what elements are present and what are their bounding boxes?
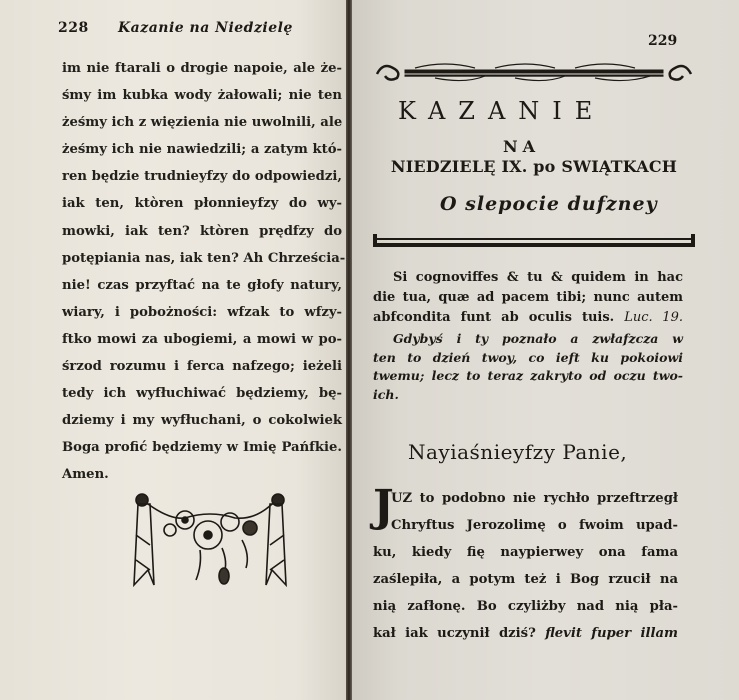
translation-line: Gdybyś i ty poznało a zwłafzcza w: [373, 330, 683, 349]
salutation: Nayiaśnieyfzy Panie,: [408, 440, 627, 464]
text-line: dziemy i my wyfłuchani, o cokolwiek: [62, 407, 342, 434]
body-line: nią zafłonę. Bo czyliżby nad nią pła-: [373, 593, 678, 620]
sermon-subtitle: NIEDZIELĘ IX. po SWIĄTKACH: [373, 157, 695, 176]
text-line: im nie ftarali o drogie napoie, ale że-: [62, 55, 342, 82]
text-line: mowki, iak ten? ktòren prędfzy do: [62, 218, 342, 245]
sermon-body: J UZ to podobno nie rychło przeftrzegł C…: [373, 485, 678, 647]
running-head-title: Kazanie na Niedzielę: [118, 20, 293, 36]
left-page-text: im nie ftarali o drogie napoie, ale że- …: [62, 55, 342, 489]
sermon-topic: O slepocie dufzney: [440, 193, 658, 215]
text-line: żeśmy ich z więzienia nie uwolnili, ale: [62, 109, 342, 136]
body-line: kał iak uczynił dziś?: [373, 626, 536, 641]
text-line: iak ten, ktòren płonnieyfzy do wy-: [62, 190, 342, 217]
open-book-spread: 228 Kazanie na Niedzielę im nie ftarali …: [0, 0, 739, 700]
body-line: Chryftus Jerozolimę o fwoim upad-: [373, 512, 678, 539]
epigraph-line: Si cognoviffes & tu & quidem in hac: [373, 268, 683, 288]
translation-line: ten to dzień twoy, co ieft ku pokoiowi: [373, 349, 683, 368]
sermon-title-na: NA: [503, 137, 540, 156]
text-line: ren będzie trudnieyfzy do odpowiedzi,: [62, 163, 342, 190]
page-number-left: 228: [58, 20, 89, 36]
text-line: śrzod rozumu i ferca nafzego; ieżeli: [62, 353, 342, 380]
body-line: zaślepiła, a potym też i Bog rzucił na: [373, 566, 678, 593]
epigraph-line: abfcondita funt ab oculis tuis.: [373, 310, 614, 325]
text-line: śmy im kubka wody żałowali; nie ten: [62, 82, 342, 109]
decorative-scroll-rule-icon: [375, 60, 693, 82]
body-line: ku, kiedy fię naypierwey ona fama: [373, 539, 678, 566]
epigraph-line: die tua, quæ ad pacem tibi; nunc autem: [373, 288, 683, 308]
latin-epigraph: Si cognoviffes & tu & quidem in hac die …: [373, 268, 683, 328]
translation-line: twemu; lecz to teraz zakryto od oczu two…: [373, 367, 683, 386]
scripture-reference: Luc. 19.: [624, 310, 683, 325]
sermon-title: KAZANIE: [398, 97, 638, 125]
floral-garland-icon: [130, 490, 290, 590]
text-line: tedy ich wyfłuchiwać będziemy, bę-: [62, 380, 342, 407]
drop-cap: J: [373, 485, 394, 529]
body-line: UZ to podobno nie rychło przeftrzegł: [373, 485, 678, 512]
polish-translation: Gdybyś i ty poznało a zwłafzcza w ten to…: [373, 330, 683, 404]
text-line-amen: Amen.: [62, 461, 342, 488]
text-line: żeśmy ich nie nawiedzili; a zatym któ-: [62, 136, 342, 163]
text-line: nie! czas przyftać na te głofy natury,: [62, 272, 342, 299]
text-line: ftko mowi za ubogiemi, a mowi w po-: [62, 326, 342, 353]
page-number-right: 229: [648, 33, 677, 49]
latin-phrase: flevit fuper illam: [545, 626, 678, 641]
running-head: 228 Kazanie na Niedzielę: [58, 20, 89, 36]
body-line-with-latin: kał iak uczynił dziś? flevit fuper illam: [373, 620, 678, 647]
left-page: 228 Kazanie na Niedzielę im nie ftarali …: [0, 0, 348, 700]
text-line: Boga profić będziemy w Imię Pańfkie.: [62, 434, 342, 461]
epigraph-line-with-ref: abfcondita funt ab oculis tuis. Luc. 19.: [373, 308, 683, 328]
translation-line: ich.: [373, 386, 683, 405]
text-line: potępiania nas, iak ten? Ah Chrześcia-: [62, 245, 342, 272]
thick-divider-rule: [373, 238, 695, 247]
text-line: wiary, i pobożności: wfzak to wfzy-: [62, 299, 342, 326]
